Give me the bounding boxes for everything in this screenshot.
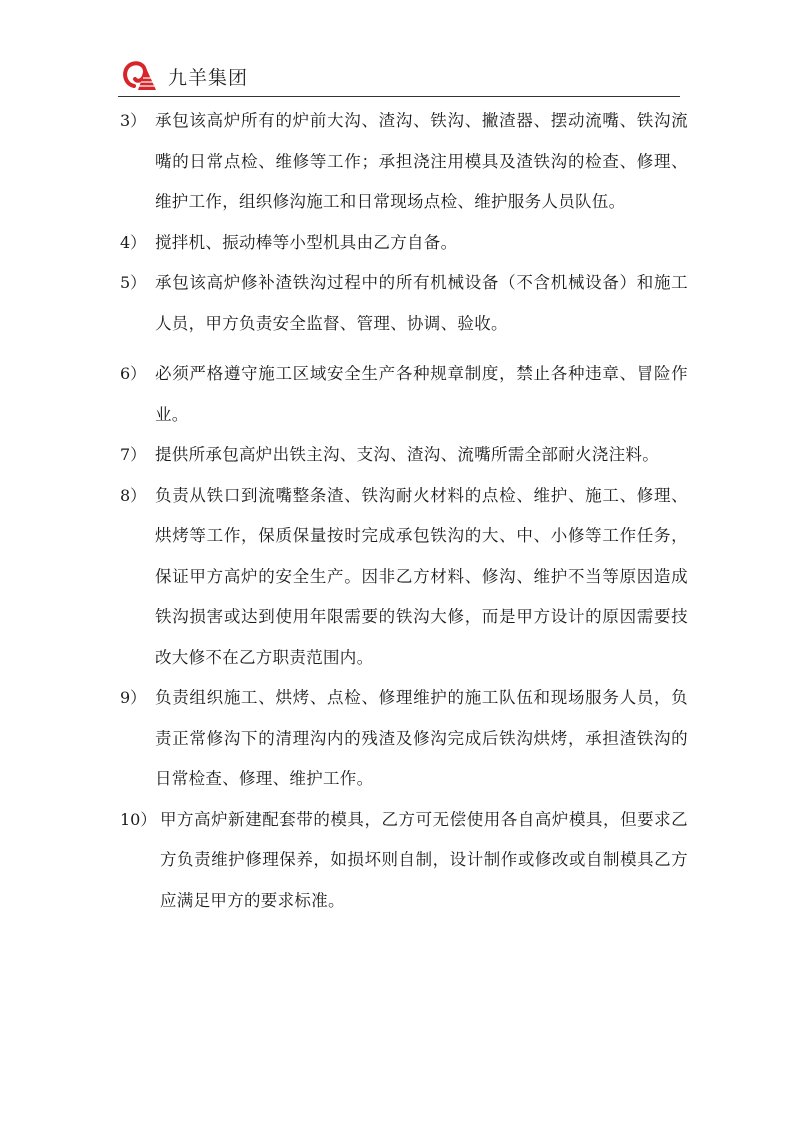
list-item: 8） 负责从铁口到流嘴整条渣、铁沟耐火材料的点检、维护、施工、修理、烘烤等工作，… bbox=[118, 476, 688, 679]
item-number: 3） bbox=[120, 101, 146, 142]
item-number: 9） bbox=[120, 678, 146, 719]
list-item: 4） 搅拌机、振动棒等小型机具由乙方自备。 bbox=[118, 223, 688, 264]
item-number: 6） bbox=[120, 354, 146, 395]
document-body: 3） 承包该高炉所有的炉前大沟、渣沟、铁沟、撇渣器、摆动流嘴、铁沟流嘴的日常点检… bbox=[118, 101, 688, 921]
item-text: 负责组织施工、烘烤、点检、修理维护的施工队伍和现场服务人员，负责正常修沟下的清理… bbox=[155, 678, 688, 800]
item-text: 必须严格遵守施工区域安全生产各种规章制度，禁止各种违章、冒险作业。 bbox=[155, 354, 688, 435]
item-text: 提供所承包高炉出铁主沟、支沟、渣沟、流嘴所需全部耐火浇注料。 bbox=[155, 435, 688, 476]
item-number: 10） bbox=[120, 800, 156, 841]
item-number: 8） bbox=[120, 476, 146, 517]
item-text: 甲方高炉新建配套带的模具，乙方可无偿使用各自高炉模具，但要求乙方负责维护修理保养… bbox=[155, 800, 688, 922]
item-text: 承包该高炉所有的炉前大沟、渣沟、铁沟、撇渣器、摆动流嘴、铁沟流嘴的日常点检、维修… bbox=[155, 101, 688, 223]
brand-name: 九羊集团 bbox=[168, 63, 248, 90]
list-item: 5） 承包该高炉修补渣铁沟过程中的所有机械设备（不含机械设备）和施工人员，甲方负… bbox=[118, 263, 688, 344]
page-header: 九羊集团 bbox=[118, 58, 680, 97]
list-item: 3） 承包该高炉所有的炉前大沟、渣沟、铁沟、撇渣器、摆动流嘴、铁沟流嘴的日常点检… bbox=[118, 101, 688, 223]
item-number: 5） bbox=[120, 263, 146, 304]
list-item: 9） 负责组织施工、烘烤、点检、修理维护的施工队伍和现场服务人员，负责正常修沟下… bbox=[118, 678, 688, 800]
item-text: 搅拌机、振动棒等小型机具由乙方自备。 bbox=[155, 223, 688, 264]
item-number: 7） bbox=[120, 435, 146, 476]
jiuyang-logo-icon bbox=[120, 60, 164, 92]
item-text: 负责从铁口到流嘴整条渣、铁沟耐火材料的点检、维护、施工、修理、烘烤等工作，保质保… bbox=[155, 476, 688, 679]
list-item: 6） 必须严格遵守施工区域安全生产各种规章制度，禁止各种违章、冒险作业。 bbox=[118, 354, 688, 435]
item-number: 4） bbox=[120, 223, 146, 264]
list-item: 10） 甲方高炉新建配套带的模具，乙方可无偿使用各自高炉模具，但要求乙方负责维护… bbox=[118, 800, 688, 922]
item-text: 承包该高炉修补渣铁沟过程中的所有机械设备（不含机械设备）和施工人员，甲方负责安全… bbox=[155, 263, 688, 344]
list-item: 7） 提供所承包高炉出铁主沟、支沟、渣沟、流嘴所需全部耐火浇注料。 bbox=[118, 435, 688, 476]
